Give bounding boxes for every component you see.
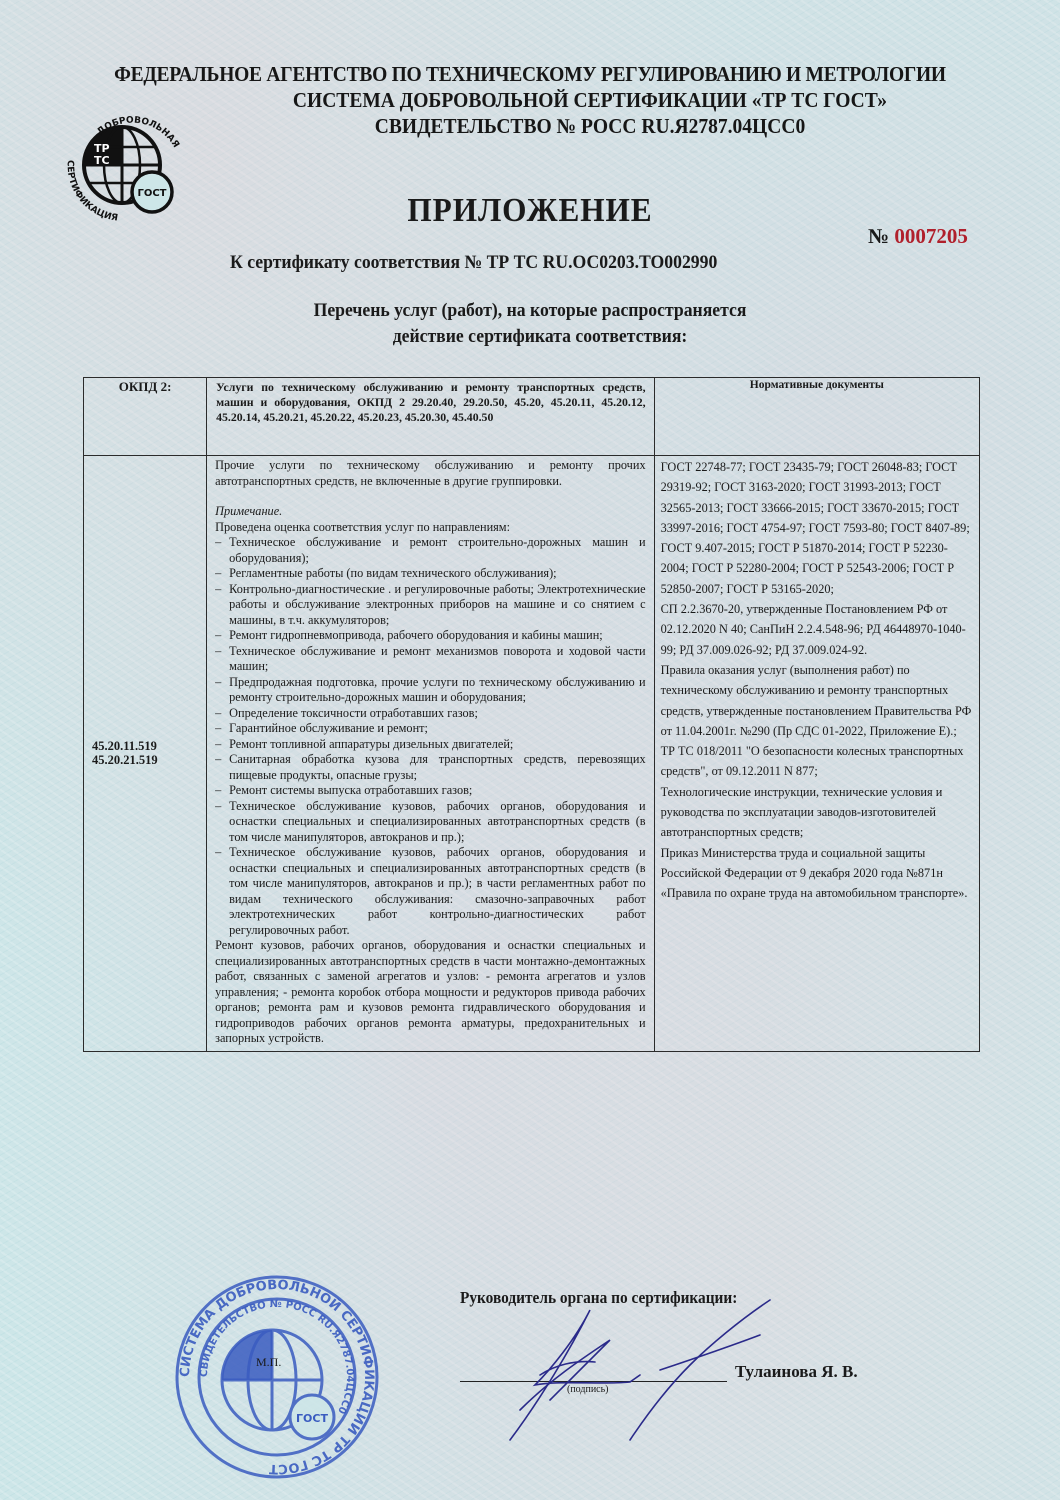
system-title: СИСТЕМА ДОБРОВОЛЬНОЙ СЕРТИФИКАЦИИ «ТР ТС…	[97, 88, 1060, 113]
services-cell: Прочие услуги по техническому обслуживан…	[207, 456, 654, 1052]
service-item: Техническое обслуживание и ремонт строит…	[215, 535, 645, 566]
services-closing: Ремонт кузовов, рабочих органов, оборудо…	[215, 938, 645, 1047]
service-item: Регламентные работы (по видам техническо…	[215, 566, 645, 582]
norms-list: ГОСТ 22748-77; ГОСТ 23435-79; ГОСТ 26048…	[661, 457, 973, 904]
number-sign: №	[868, 224, 889, 248]
registration-number: СВИДЕТЕЛЬСТВО № РОСС RU.Я2787.04ЦСС0	[97, 114, 1060, 139]
service-item: Определение токсичности отработавших газ…	[215, 706, 645, 722]
service-item: Техническое обслуживание кузовов, рабочи…	[215, 799, 645, 846]
norm-entry: Правила оказания услуг (выполнения работ…	[661, 660, 973, 741]
service-item: Контрольно-диагностические . и регулиров…	[215, 582, 645, 629]
service-item: Гарантийное обслуживание и ремонт;	[215, 721, 645, 737]
table-row: 45.20.11.519 45.20.21.519 Прочие услуги …	[84, 456, 980, 1052]
services-table: ОКПД 2: Услуги по техническому обслужива…	[83, 377, 980, 1052]
norms-cell: ГОСТ 22748-77; ГОСТ 23435-79; ГОСТ 26048…	[654, 456, 979, 1052]
norm-entry: Приказ Министерства труда и социальной з…	[661, 843, 973, 904]
services-intro: Прочие услуги по техническому обслуживан…	[215, 458, 645, 489]
svg-text:ТС: ТС	[94, 154, 110, 167]
note-lead: Проведена оценка соответствия услуг по н…	[215, 520, 645, 536]
service-item: Ремонт системы выпуска отработавших газо…	[215, 783, 645, 799]
header-norms: Нормативные документы	[654, 378, 979, 456]
table-header-row: ОКПД 2: Услуги по техническому обслужива…	[84, 378, 980, 456]
service-item: Ремонт топливной аппаратуры дизельных дв…	[215, 737, 645, 753]
subtitle-line-2: действие сертификата соответствия:	[47, 326, 1033, 348]
subtitle-line-1: Перечень услуг (работ), на которые распр…	[37, 300, 1023, 322]
agency-title: ФЕДЕРАЛЬНОЕ АГЕНТСТВО ПО ТЕХНИЧЕСКОМУ РЕ…	[37, 62, 1023, 87]
norm-entry: Технологические инструкции, технические …	[661, 782, 973, 843]
svg-text:ГОСТ: ГОСТ	[296, 1412, 328, 1425]
certification-seal-stamp-icon: ГОСТ СИСТЕМА ДОБРОВОЛЬНОЙ СЕРТИФИКАЦИИ Т…	[172, 1272, 382, 1482]
services-list: Техническое обслуживание и ремонт строит…	[215, 535, 645, 938]
appendix-number-value: 0007205	[894, 224, 968, 248]
service-item: Ремонт гидропневмопривода, рабочего обор…	[215, 628, 645, 644]
header-okpd: ОКПД 2:	[84, 378, 207, 456]
service-item: Санитарная обработка кузова для транспор…	[215, 752, 645, 783]
certificate-reference: К сертификату соответствия № ТР ТС RU.ОС…	[230, 252, 717, 274]
okpd-codes: 45.20.11.519 45.20.21.519	[84, 456, 207, 1052]
okpd-code: 45.20.11.519	[92, 739, 205, 753]
service-item: Техническое обслуживание кузовов, рабочи…	[215, 845, 645, 938]
norm-entry: СП 2.2.3670-20, утвержденные Постановлен…	[661, 599, 973, 660]
header-services: Услуги по техническому обслуживанию и ре…	[207, 378, 654, 456]
service-item: Предпродажная подготовка, прочие услуги …	[215, 675, 645, 706]
appendix-number: № 0007205	[868, 224, 968, 249]
seal-mark: М.П.	[256, 1355, 281, 1370]
norm-entry: ГОСТ 22748-77; ГОСТ 23435-79; ГОСТ 26048…	[661, 457, 973, 599]
service-item: Техническое обслуживание и ремонт механи…	[215, 644, 645, 675]
handwritten-signature-icon	[480, 1290, 780, 1450]
note-label: Примечание.	[215, 504, 645, 520]
okpd-code: 45.20.21.519	[92, 753, 205, 767]
norm-entry: ТР ТС 018/2011 "О безопасности колесных …	[661, 741, 973, 782]
